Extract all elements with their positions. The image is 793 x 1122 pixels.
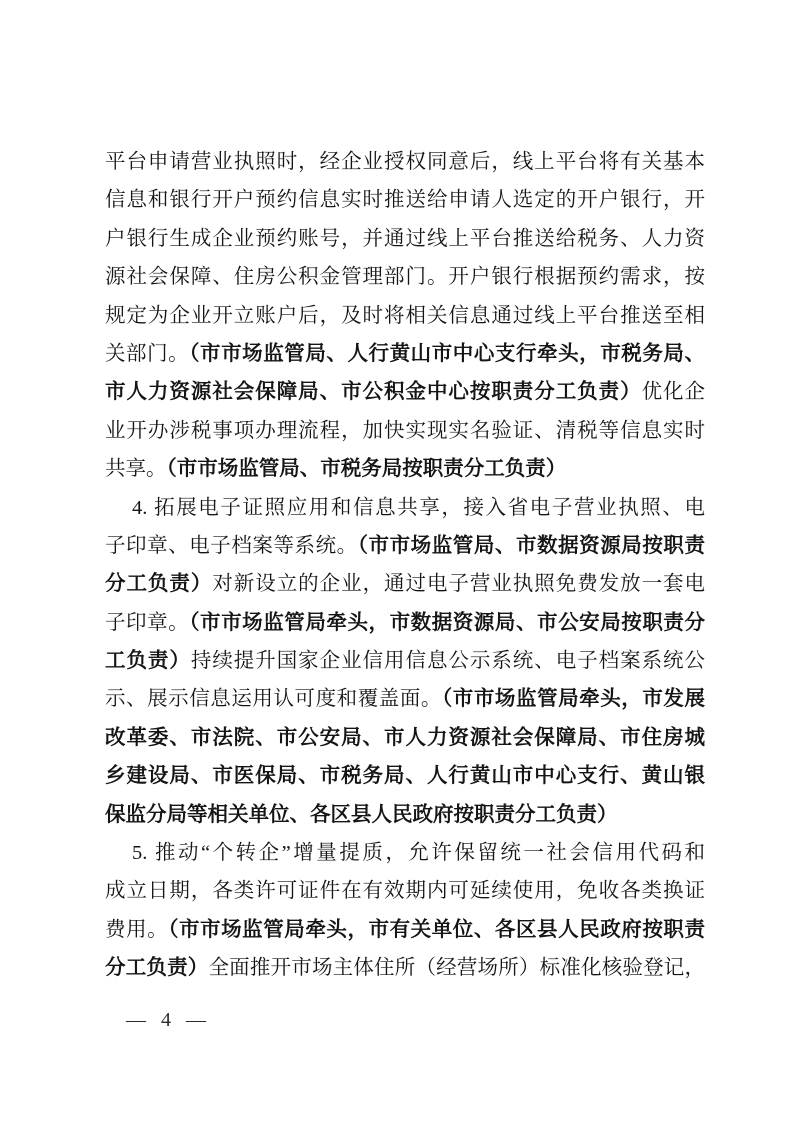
body-text-segment: 费用。 <box>105 919 168 941</box>
text-line: 市人力资源社会保障局、市公积金中心按职责分工负责）优化企 <box>105 373 705 411</box>
text-line: 平台申请营业执照时，经企业授权同意后，线上平台将有关基本 <box>105 143 705 181</box>
responsible-department-text: 市人力资源社会保障局、市公积金中心按职责分工负责） <box>105 381 642 403</box>
text-line: 分工负责）对新设立的企业，通过电子营业执照免费发放一套电 <box>105 565 705 603</box>
text-line: 5. 推动“个转企”增量提质，允许保留统一社会信用代码和 <box>105 834 705 872</box>
text-line: 分工负责）全面推开市场主体住所（经营场所）标准化核验登记， <box>105 949 705 987</box>
page-number: — 4 — <box>126 1001 207 1039</box>
responsible-department-text: （市市场监管局、市税务局按职责分工负责） <box>167 458 567 480</box>
body-text-segment: 持续提升国家企业信用信息公示系统、电子档案系统公 <box>191 650 705 672</box>
responsible-department-text: 保监分局等相关单位、各区县人民政府按职责分工负责） <box>105 804 618 826</box>
responsible-department-text: 分工负责） <box>105 573 212 595</box>
body-text-segment: 优化企 <box>642 381 705 403</box>
body-text-segment: 成立日期，各类许可证件在有效期内可延续使用，免收各类换证 <box>105 880 705 902</box>
text-line: 户银行生成企业预约账号，并通过线上平台推送给税务、人力资 <box>105 220 705 258</box>
responsible-department-text: 分工负责） <box>105 957 208 979</box>
body-text-segment: 关部门。 <box>105 343 189 365</box>
body-text-segment: 5. 推动“个转企”增量提质，允许保留统一社会信用代码和 <box>132 842 705 864</box>
body-text-segment: 子印章、电子档案等系统。 <box>105 535 358 557</box>
body-text-segment: 源社会保障、住房公积金管理部门。开户银行根据预约需求，按 <box>105 266 705 288</box>
responsible-department-text: （市市场监管局牵头，市有关单位、各区县人民政府按职责 <box>168 919 705 941</box>
text-line: 成立日期，各类许可证件在有效期内可延续使用，免收各类换证 <box>105 872 705 910</box>
body-text-segment: 对新设立的企业，通过电子营业执照免费发放一套电 <box>212 573 705 595</box>
body-text-segment: 平台申请营业执照时，经企业授权同意后，线上平台将有关基本 <box>105 151 705 173</box>
text-line: 规定为企业开立账户后，及时将相关信息通过线上平台推送至相 <box>105 297 705 335</box>
text-line: 关部门。（市市场监管局、人行黄山市中心支行牵头，市税务局、 <box>105 335 705 373</box>
responsible-department-text: 改革委、市法院、市公安局、市人力资源社会保障局、市住房城 <box>105 727 705 749</box>
document-page: 平台申请营业执照时，经企业授权同意后，线上平台将有关基本信息和银行开户预约信息实… <box>0 0 793 1122</box>
text-line: 改革委、市法院、市公安局、市人力资源社会保障局、市住房城 <box>105 719 705 757</box>
text-line: 示、展示信息运用认可度和覆盖面。（市市场监管局牵头，市发展 <box>105 680 705 718</box>
text-line: 费用。（市市场监管局牵头，市有关单位、各区县人民政府按职责 <box>105 911 705 949</box>
body-text-segment: 共享。 <box>105 458 167 480</box>
body-text-segment: 户银行生成企业预约账号，并通过线上平台推送给税务、人力资 <box>105 228 705 250</box>
text-line: 子印章、电子档案等系统。（市市场监管局、市数据资源局按职责 <box>105 527 705 565</box>
text-line: 工负责）持续提升国家企业信用信息公示系统、电子档案系统公 <box>105 642 705 680</box>
body-text-segment: 信息和银行开户预约信息实时推送给申请人选定的开户银行，开 <box>105 189 705 211</box>
responsible-department-text: 乡建设局、市医保局、市税务局、人行黄山市中心支行、黄山银 <box>105 765 705 787</box>
body-text-segment: 业开办涉税事项办理流程，加快实现实名验证、清税等信息实时 <box>105 420 705 442</box>
responsible-department-text: （市市场监管局、市数据资源局按职责 <box>358 535 705 557</box>
responsible-department-text: 工负责） <box>105 650 191 672</box>
body-text-segment: 示、展示信息运用认可度和覆盖面。 <box>105 688 442 710</box>
responsible-department-text: （市市场监管局、人行黄山市中心支行牵头，市税务局、 <box>189 343 705 365</box>
body-text: 平台申请营业执照时，经企业授权同意后，线上平台将有关基本信息和银行开户预约信息实… <box>105 143 705 988</box>
body-text-segment: 子印章。 <box>105 612 189 634</box>
responsible-department-text: （市市场监管局牵头，市数据资源局、市公安局按职责分 <box>189 612 705 634</box>
text-line: 业开办涉税事项办理流程，加快实现实名验证、清税等信息实时 <box>105 412 705 450</box>
body-text-segment: 规定为企业开立账户后，及时将相关信息通过线上平台推送至相 <box>105 305 705 327</box>
responsible-department-text: （市市场监管局牵头，市发展 <box>442 688 705 710</box>
body-text-segment: 4. 拓展电子证照应用和信息共享，接入省电子营业执照、电 <box>132 497 705 519</box>
text-line: 子印章。（市市场监管局牵头，市数据资源局、市公安局按职责分 <box>105 604 705 642</box>
body-text-segment: 全面推开市场主体住所（经营场所）标准化核验登记， <box>208 957 705 979</box>
text-line: 保监分局等相关单位、各区县人民政府按职责分工负责） <box>105 796 705 834</box>
text-line: 源社会保障、住房公积金管理部门。开户银行根据预约需求，按 <box>105 258 705 296</box>
text-line: 4. 拓展电子证照应用和信息共享，接入省电子营业执照、电 <box>105 489 705 527</box>
text-line: 信息和银行开户预约信息实时推送给申请人选定的开户银行，开 <box>105 181 705 219</box>
text-line: 共享。（市市场监管局、市税务局按职责分工负责） <box>105 450 705 488</box>
text-line: 乡建设局、市医保局、市税务局、人行黄山市中心支行、黄山银 <box>105 757 705 795</box>
